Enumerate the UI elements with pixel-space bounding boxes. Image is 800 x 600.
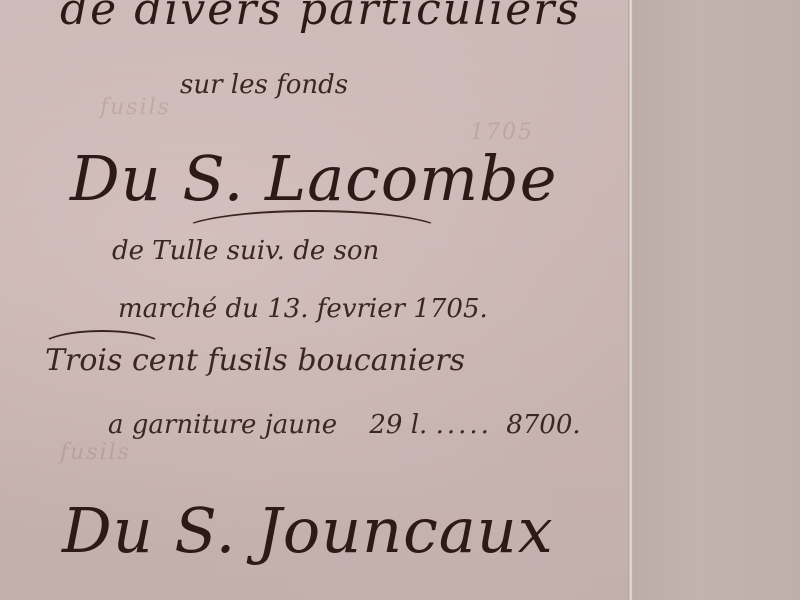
entry-contract-date: marché du 13. fevrier 1705.: [118, 296, 488, 322]
paper-fold-line: [628, 0, 633, 600]
line-total: 8700.: [506, 410, 580, 440]
item-detail-text: a garniture jaune: [108, 410, 337, 440]
unit-price: 29 l.: [369, 410, 427, 440]
pen-flourish: [180, 210, 444, 254]
entry-supplier-name: Du S. Lacombe: [70, 148, 557, 210]
manuscript-page: fusils 1705 fusils de divers particulier…: [0, 0, 800, 600]
ledger-subheading: sur les fonds: [180, 72, 348, 98]
pen-flourish: [40, 330, 164, 364]
entry-item-detail: a garniture jaune 29 l. ..... 8700.: [108, 412, 581, 438]
bleed-through-text: fusils: [100, 95, 171, 120]
adjacent-sheet: [632, 0, 800, 600]
entry-supplier-name: Du S. Jouncaux: [62, 500, 554, 562]
bleed-through-text: fusils: [60, 440, 131, 465]
contract-date-text: marché du 13. fevrier 1705.: [118, 294, 488, 324]
leader-dots: .....: [436, 410, 492, 440]
ledger-heading: de divers particuliers: [60, 0, 581, 32]
